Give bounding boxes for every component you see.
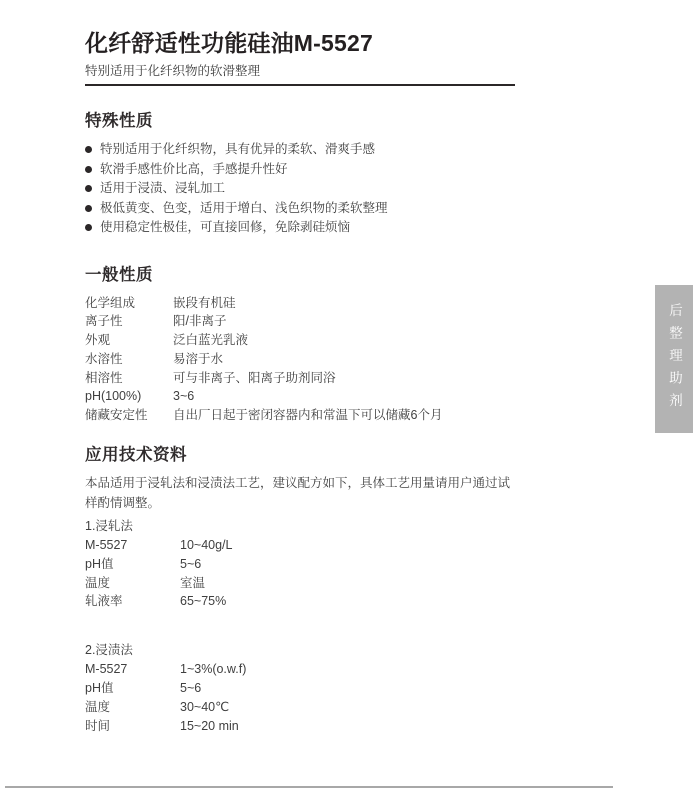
bullet-text: 软滑手感性价比高，手感提升性好 <box>100 160 288 180</box>
table-row: 离子性阳/非离子 <box>85 312 615 331</box>
table-row: 相溶性可与非离子、阳离子助剂同浴 <box>85 369 615 388</box>
parameter-value: 65~75% <box>180 592 226 611</box>
parameter-label: 温度 <box>85 574 180 593</box>
table-row: 温度室温 <box>85 574 615 593</box>
bullet-icon <box>85 146 92 153</box>
property-value: 易溶于水 <box>173 350 223 369</box>
property-label: 水溶性 <box>85 350 173 369</box>
table-row: 储藏安定性自出厂日起于密闭容器内和常温下可以储藏6个月 <box>85 406 615 425</box>
parameter-label: 温度 <box>85 698 180 717</box>
property-value: 自出厂日起于密闭容器内和常温下可以储藏6个月 <box>173 406 442 425</box>
parameter-label: 时间 <box>85 717 180 736</box>
parameter-value: 1~3%(o.w.f) <box>180 660 246 679</box>
table-row: 时间15~20 min <box>85 717 615 736</box>
page-title: 化纤舒适性功能硅油M-5527 <box>85 30 615 56</box>
list-item: 特别适用于化纤织物，具有优异的柔软、滑爽手感 <box>85 140 615 160</box>
method-dipping: 2.浸渍法 M-55271~3%(o.w.f) pH值5~6 温度30~40℃ … <box>85 641 615 735</box>
property-label: 储藏安定性 <box>85 406 173 425</box>
table-row: 化学组成嵌段有机硅 <box>85 294 615 313</box>
property-label: pH(100%) <box>85 387 173 406</box>
parameter-value: 5~6 <box>180 679 201 698</box>
table-row: pH值5~6 <box>85 555 615 574</box>
application-heading: 应用技术资料 <box>85 445 615 465</box>
parameter-label: pH值 <box>85 679 180 698</box>
bullet-text: 使用稳定性极佳，可直接回修，免除剥硅烦恼 <box>100 218 350 238</box>
title-divider <box>85 84 515 86</box>
property-value: 阳/非离子 <box>173 312 226 331</box>
table-row: M-552710~40g/L <box>85 536 615 555</box>
section-special-properties: 特殊性质 特别适用于化纤织物，具有优异的柔软、滑爽手感 软滑手感性价比高，手感提… <box>85 111 615 238</box>
bullet-icon <box>85 185 92 192</box>
general-properties-heading: 一般性质 <box>85 265 615 285</box>
table-row: 水溶性易溶于水 <box>85 350 615 369</box>
bullet-icon <box>85 205 92 212</box>
special-properties-list: 特别适用于化纤织物，具有优异的柔软、滑爽手感 软滑手感性价比高，手感提升性好 适… <box>85 140 615 238</box>
list-item: 软滑手感性价比高，手感提升性好 <box>85 160 615 180</box>
category-side-tab-label: 后整理助剂 <box>655 303 693 416</box>
property-label: 化学组成 <box>85 294 173 313</box>
page-subtitle: 特别适用于化纤织物的软滑整理 <box>85 64 615 79</box>
table-row: 温度30~40℃ <box>85 698 615 717</box>
page-header: 化纤舒适性功能硅油M-5527 特别适用于化纤织物的软滑整理 <box>85 30 615 86</box>
parameter-label: M-5527 <box>85 660 180 679</box>
property-value: 3~6 <box>173 387 194 406</box>
table-row: 外观泛白蓝光乳液 <box>85 331 615 350</box>
page-bottom-divider <box>5 786 613 788</box>
bullet-text: 特别适用于化纤织物，具有优异的柔软、滑爽手感 <box>100 140 375 160</box>
datasheet-page: 化纤舒适性功能硅油M-5527 特别适用于化纤织物的软滑整理 特殊性质 特别适用… <box>85 30 615 735</box>
property-value: 泛白蓝光乳液 <box>173 331 248 350</box>
property-label: 相溶性 <box>85 369 173 388</box>
bullet-text: 适用于浸渍、浸轧加工 <box>100 179 225 199</box>
bullet-icon <box>85 166 92 173</box>
table-row: pH值5~6 <box>85 679 615 698</box>
list-item: 使用稳定性极佳，可直接回修，免除剥硅烦恼 <box>85 218 615 238</box>
property-label: 离子性 <box>85 312 173 331</box>
property-label: 外观 <box>85 331 173 350</box>
parameter-value: 5~6 <box>180 555 201 574</box>
list-item: 极低黄变、色变，适用于增白、浅色织物的柔软整理 <box>85 199 615 219</box>
general-properties-table: 化学组成嵌段有机硅 离子性阳/非离子 外观泛白蓝光乳液 水溶性易溶于水 相溶性可… <box>85 294 615 426</box>
parameter-value: 30~40℃ <box>180 698 229 717</box>
bullet-text: 极低黄变、色变，适用于增白、浅色织物的柔软整理 <box>100 199 388 219</box>
section-general-properties: 一般性质 化学组成嵌段有机硅 离子性阳/非离子 外观泛白蓝光乳液 水溶性易溶于水… <box>85 265 615 426</box>
parameter-value: 室温 <box>180 574 205 593</box>
special-properties-heading: 特殊性质 <box>85 111 615 131</box>
parameter-label: 轧液率 <box>85 592 180 611</box>
application-intro: 本品适用于浸轧法和浸渍法工艺，建议配方如下，具体工艺用量请用户通过试样酌情调整。 <box>85 474 519 513</box>
category-side-tab: 后整理助剂 <box>655 285 693 433</box>
bullet-icon <box>85 224 92 231</box>
parameter-value: 10~40g/L <box>180 536 232 555</box>
method-title: 1.浸轧法 <box>85 517 615 536</box>
method-title: 2.浸渍法 <box>85 641 615 660</box>
method-padding: 1.浸轧法 M-552710~40g/L pH值5~6 温度室温 轧液率65~7… <box>85 517 615 611</box>
property-value: 可与非离子、阳离子助剂同浴 <box>173 369 336 388</box>
parameter-label: pH值 <box>85 555 180 574</box>
parameter-label: M-5527 <box>85 536 180 555</box>
table-row: 轧液率65~75% <box>85 592 615 611</box>
list-item: 适用于浸渍、浸轧加工 <box>85 179 615 199</box>
section-application-data: 应用技术资料 本品适用于浸轧法和浸渍法工艺，建议配方如下，具体工艺用量请用户通过… <box>85 445 615 735</box>
property-value: 嵌段有机硅 <box>173 294 236 313</box>
parameter-value: 15~20 min <box>180 717 239 736</box>
table-row: M-55271~3%(o.w.f) <box>85 660 615 679</box>
table-row: pH(100%)3~6 <box>85 387 615 406</box>
